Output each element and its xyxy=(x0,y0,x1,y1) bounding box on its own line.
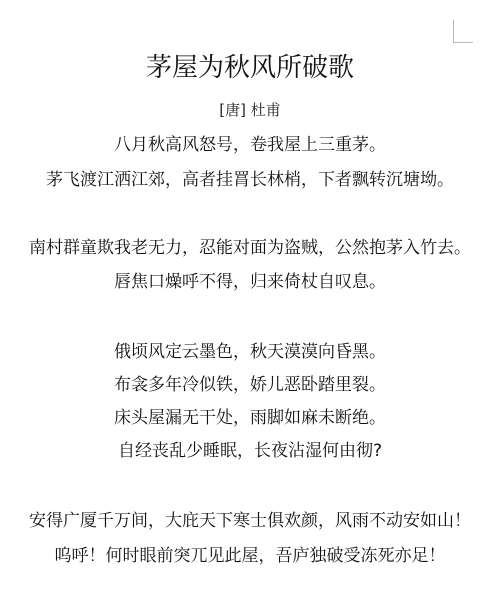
poem-line: 茅飞渡江洒江郊，高者挂罥长林梢，下者飘转沉塘坳。 xyxy=(0,168,500,192)
poem-author: [唐] 杜甫 xyxy=(0,99,500,121)
poem-line: 唇焦口燥呼不得，归来倚杖自叹息。 xyxy=(0,270,500,294)
poem-line: 安得广厦千万间，大庇天下寒士俱欢颜，风雨不动安如山！ xyxy=(0,509,500,533)
poem-line: 八月秋高风怒号，卷我屋上三重茅。 xyxy=(0,133,500,157)
poem-line: 床头屋漏无干处，雨脚如麻未断绝。 xyxy=(0,406,500,430)
poem-title: 茅屋为秋风所破歌 xyxy=(0,52,500,84)
poem-line: 南村群童欺我老无力，忍能对面为盗贼，公然抱茅入竹去。 xyxy=(0,236,500,260)
page-corner-margin-mark xyxy=(453,20,473,43)
poem-line: 呜呼！何时眼前突兀见此屋，吾庐独破受冻死亦足！ xyxy=(0,544,500,568)
poem-line: 布衾多年冷似铁，娇儿恶卧踏里裂。 xyxy=(0,373,500,397)
poem-line: 自经丧乱少睡眠，长夜沾湿何由彻? xyxy=(0,439,500,463)
poem-line: 俄顷风定云墨色，秋天漠漠向昏黑。 xyxy=(0,340,500,364)
